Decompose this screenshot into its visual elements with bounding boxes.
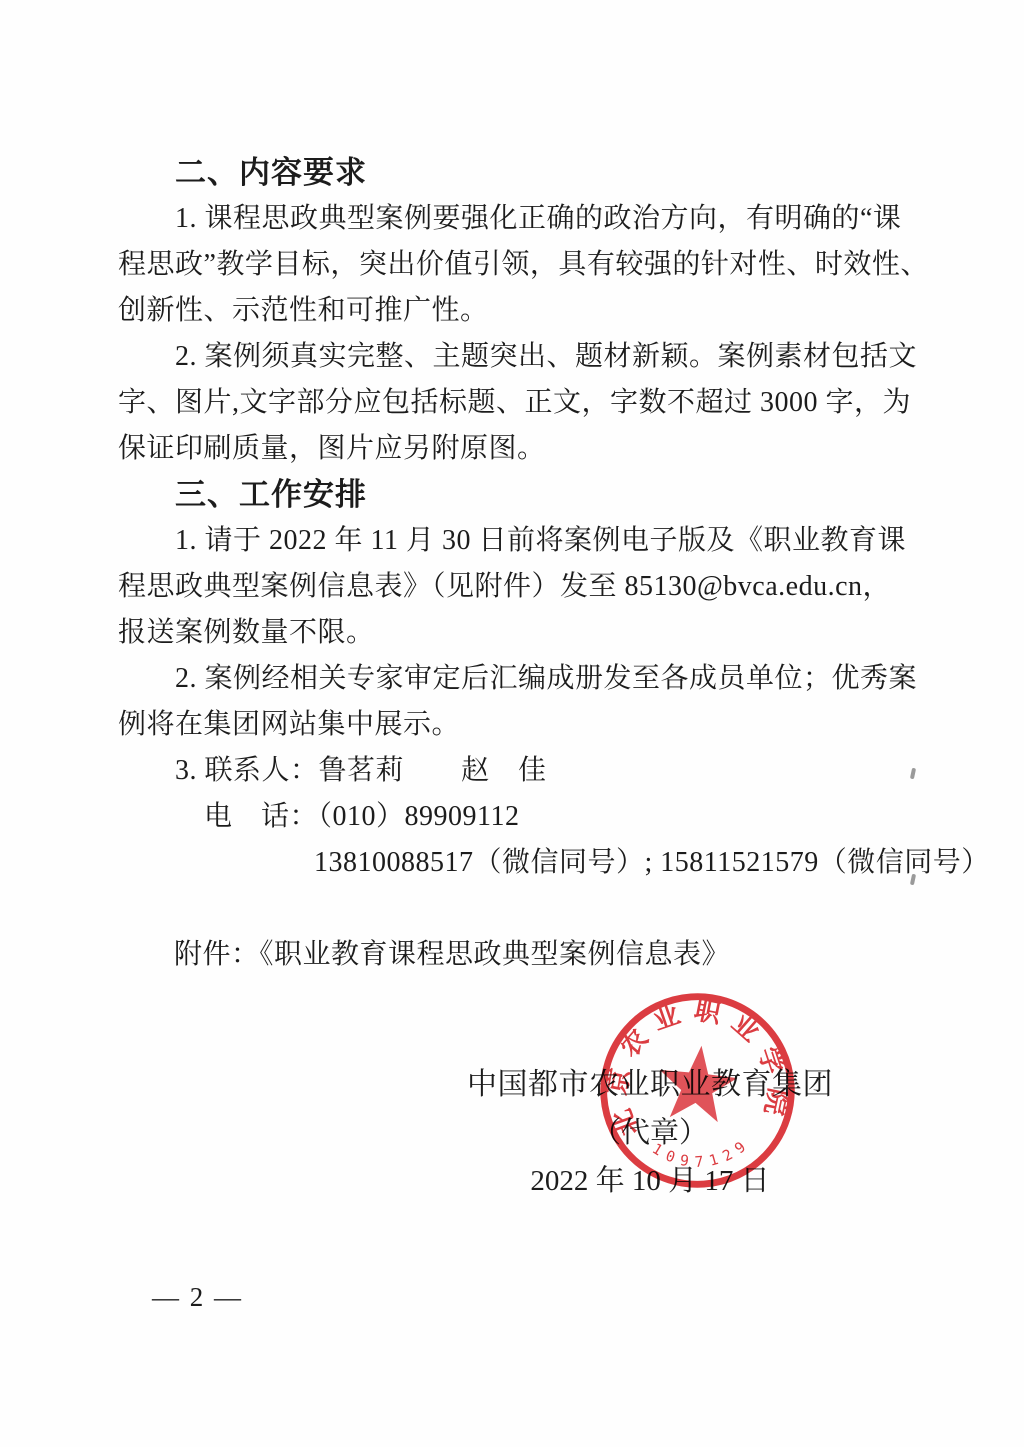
body-text-line: 程思政典型案例信息表》（见附件）发至 85130@bvca.edu.cn， — [118, 564, 918, 610]
body-text-line: 2. 案例须真实完整、主题突出、题材新颖。案例素材包括文 — [118, 334, 918, 380]
section-heading: 三、工作安排 — [118, 472, 918, 518]
body-text-line: 1. 请于 2022 年 11 月 30 日前将案例电子版及《职业教育课 — [118, 518, 918, 564]
blank-line — [118, 886, 918, 932]
body-text-line: 字、图片,文字部分应包括标题、正文，字数不超过 3000 字，为 — [118, 380, 918, 426]
body-text-line: 报送案例数量不限。 — [118, 610, 918, 656]
page-number: — 2 — — [152, 1280, 243, 1314]
body-text-line: 3. 联系人：鲁茗莉 赵 佳 — [118, 748, 918, 794]
body-text-line: 例将在集团网站集中展示。 — [118, 702, 918, 748]
body-text-line: 2. 案例经相关专家审定后汇编成册发至各成员单位；优秀案 — [118, 656, 918, 702]
attachment-note-line: 附件：《职业教育课程思政典型案例信息表》 — [118, 932, 918, 978]
body-text-line: 创新性、示范性和可推广性。 — [118, 288, 918, 334]
official-seal: 北京农业职业学院 1097129 — [583, 976, 812, 1205]
seal-serial-number: 1097129 — [648, 1134, 756, 1174]
section-heading: 二、内容要求 — [118, 150, 918, 196]
contact-phone-line: 13810088517（微信同号）; 15811521579（微信同号） — [118, 840, 918, 886]
body-text-line: 1. 课程思政典型案例要强化正确的政治方向，有明确的“课 — [118, 196, 918, 242]
document-body: 二、内容要求1. 课程思政典型案例要强化正确的政治方向，有明确的“课程思政”教学… — [118, 150, 918, 978]
seal-star-icon — [658, 1043, 740, 1125]
body-text-line: 程思政”教学目标，突出价值引领，具有较强的针对性、时效性、 — [118, 242, 918, 288]
contact-phone-line: 电 话：（010）89909112 — [118, 794, 918, 840]
document-page: 二、内容要求1. 课程思政典型案例要强化正确的政治方向，有明确的“课程思政”教学… — [0, 0, 1024, 1447]
body-text-line: 保证印刷质量，图片应另附原图。 — [118, 426, 918, 472]
